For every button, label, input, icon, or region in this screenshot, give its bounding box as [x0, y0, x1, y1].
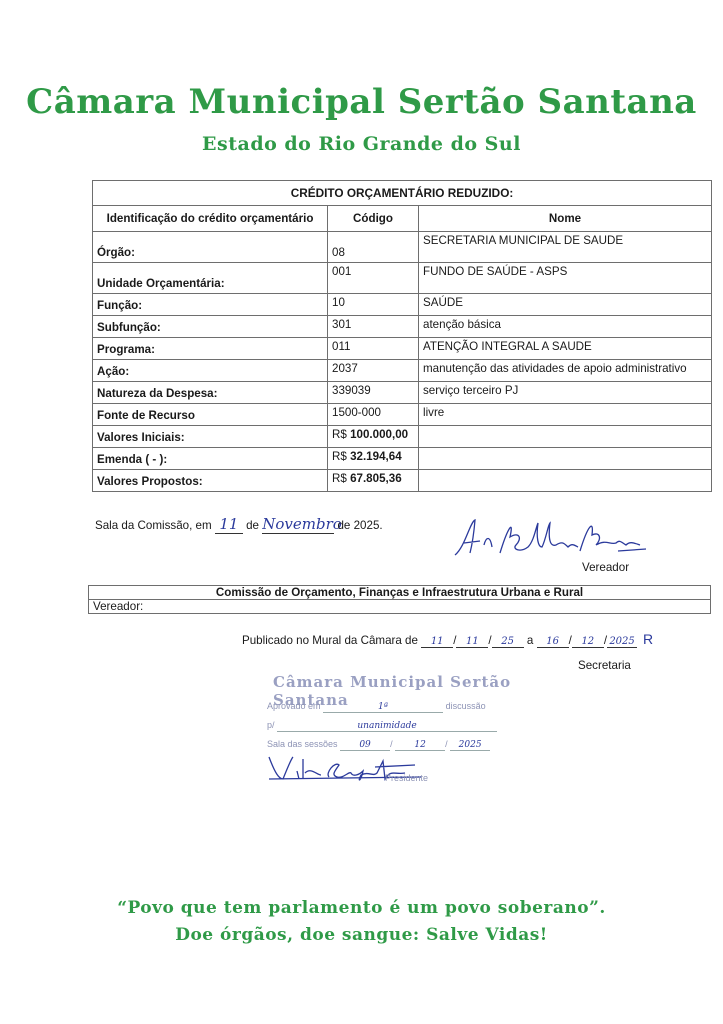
value-amount: R$ 100.000,00: [328, 426, 419, 448]
stamp-by-value: unanimidade: [277, 721, 497, 732]
value-label: Emenda ( - ):: [93, 448, 328, 470]
value-row-proposed: Valores Propostos: R$ 67.805,36: [93, 470, 712, 492]
row-label: Subfunção:: [93, 316, 328, 338]
stamp-session-line: Sala das sessões 09/ 12/ 2025: [267, 739, 517, 751]
table-row: Natureza da Despesa: 339039 serviço terc…: [93, 382, 712, 404]
sala-connector: de: [246, 519, 259, 532]
stamp-approved-value: 1ª: [323, 702, 443, 713]
pub-to-day: 16: [537, 636, 569, 648]
table-row: Subfunção: 301 atenção básica: [93, 316, 712, 338]
row-code: 001: [328, 263, 419, 294]
sala-prefix: Sala da Comissão, em: [95, 519, 212, 532]
secretary-initials: R: [643, 631, 653, 647]
value-label: Valores Iniciais:: [93, 426, 328, 448]
committee-title: Comissão de Orçamento, Finanças e Infrae…: [89, 586, 711, 600]
row-name: FUNDO DE SAÚDE - ASPS: [419, 263, 712, 294]
stamp-approved-line: Aprovado em 1ª discussão: [267, 701, 517, 713]
value-empty-cell: [419, 470, 712, 492]
row-code: 1500-000: [328, 404, 419, 426]
approval-stamp: Câmara Municipal Sertão Santana Aprovado…: [265, 673, 525, 788]
publication-prefix: Publicado no Mural da Câmara de: [242, 634, 418, 647]
pub-from-year: 25: [492, 636, 524, 648]
row-code: 011: [328, 338, 419, 360]
table-row: Ação: 2037 manutenção das atividades de …: [93, 360, 712, 382]
stamp-by-line: p/ unanimidade: [267, 720, 517, 732]
commission-date-line: Sala da Comissão, em 11 de Novembro de 2…: [95, 515, 383, 534]
committee-member-label: Vereador:: [89, 600, 711, 614]
secretary-role: Secretaria: [578, 659, 631, 672]
committee-box: Comissão de Orçamento, Finanças e Infrae…: [88, 585, 711, 614]
row-name: ATENÇÃO INTEGRAL A SAUDE: [419, 338, 712, 360]
row-name: SAÚDE: [419, 294, 712, 316]
row-code: 301: [328, 316, 419, 338]
value-empty-cell: [419, 426, 712, 448]
handwritten-day: 11: [215, 515, 243, 534]
row-name: atenção básica: [419, 316, 712, 338]
row-label: Unidade Orçamentária:: [93, 263, 328, 294]
state-subtitle: Estado do Rio Grande do Sul: [0, 133, 723, 155]
table-row: Unidade Orçamentária: 001 FUNDO DE SAÚDE…: [93, 263, 712, 294]
stamp-session-day: 09: [340, 740, 390, 751]
row-name: livre: [419, 404, 712, 426]
row-label: Natureza da Despesa:: [93, 382, 328, 404]
credit-table: CRÉDITO ORÇAMENTÁRIO REDUZIDO: Identific…: [92, 180, 712, 492]
chamber-title: Câmara Municipal Sertão Santana: [0, 82, 723, 122]
pub-to-month: 12: [572, 636, 604, 648]
row-label: Função:: [93, 294, 328, 316]
handwritten-month: Novembro: [262, 515, 334, 534]
value-amount: R$ 67.805,36: [328, 470, 419, 492]
row-name: SECRETARIA MUNICIPAL DE SAUDE: [419, 232, 712, 263]
value-row-amendment: Emenda ( - ): R$ 32.194,64: [93, 448, 712, 470]
table-row: Órgão: 08 SECRETARIA MUNICIPAL DE SAUDE: [93, 232, 712, 263]
councilor-signature: [450, 517, 650, 557]
publication-line: Publicado no Mural da Câmara de 11/11/25…: [242, 631, 653, 648]
value-row-initial: Valores Iniciais: R$ 100.000,00: [93, 426, 712, 448]
row-code: 10: [328, 294, 419, 316]
value-empty-cell: [419, 448, 712, 470]
column-header-code: Código: [328, 206, 419, 232]
row-code: 2037: [328, 360, 419, 382]
table-caption: CRÉDITO ORÇAMENTÁRIO REDUZIDO:: [93, 181, 712, 206]
table-row: Fonte de Recurso 1500-000 livre: [93, 404, 712, 426]
value-label: Valores Propostos:: [93, 470, 328, 492]
column-header-name: Nome: [419, 206, 712, 232]
row-name: manutenção das atividades de apoio admin…: [419, 360, 712, 382]
table-row: Programa: 011 ATENÇÃO INTEGRAL A SAUDE: [93, 338, 712, 360]
stamp-session-month: 12: [395, 740, 445, 751]
table-row: Função: 10 SAÚDE: [93, 294, 712, 316]
pub-to-year: 2025: [607, 636, 637, 648]
row-name: serviço terceiro PJ: [419, 382, 712, 404]
pub-from-month: 11: [456, 636, 488, 648]
row-code: 08: [328, 232, 419, 263]
column-header-identification: Identificação do crédito orçamentário: [93, 206, 328, 232]
publication-connector: a: [527, 634, 533, 647]
sala-suffix: de 2025.: [337, 519, 382, 532]
footer-motto-donation: Doe órgãos, doe sangue: Salve Vidas!: [0, 925, 723, 945]
table-header-row: Identificação do crédito orçamentário Có…: [93, 206, 712, 232]
signature-role: Vereador: [582, 561, 629, 574]
row-label: Fonte de Recurso: [93, 404, 328, 426]
row-label: Ação:: [93, 360, 328, 382]
pub-from-day: 11: [421, 636, 453, 648]
stamp-role: Presidente: [385, 773, 428, 783]
row-label: Órgão:: [93, 232, 328, 263]
footer-motto-parliament: “Povo que tem parlamento é um povo sober…: [0, 898, 723, 918]
row-code: 339039: [328, 382, 419, 404]
value-amount: R$ 32.194,64: [328, 448, 419, 470]
row-label: Programa:: [93, 338, 328, 360]
stamp-session-year: 2025: [450, 740, 490, 751]
